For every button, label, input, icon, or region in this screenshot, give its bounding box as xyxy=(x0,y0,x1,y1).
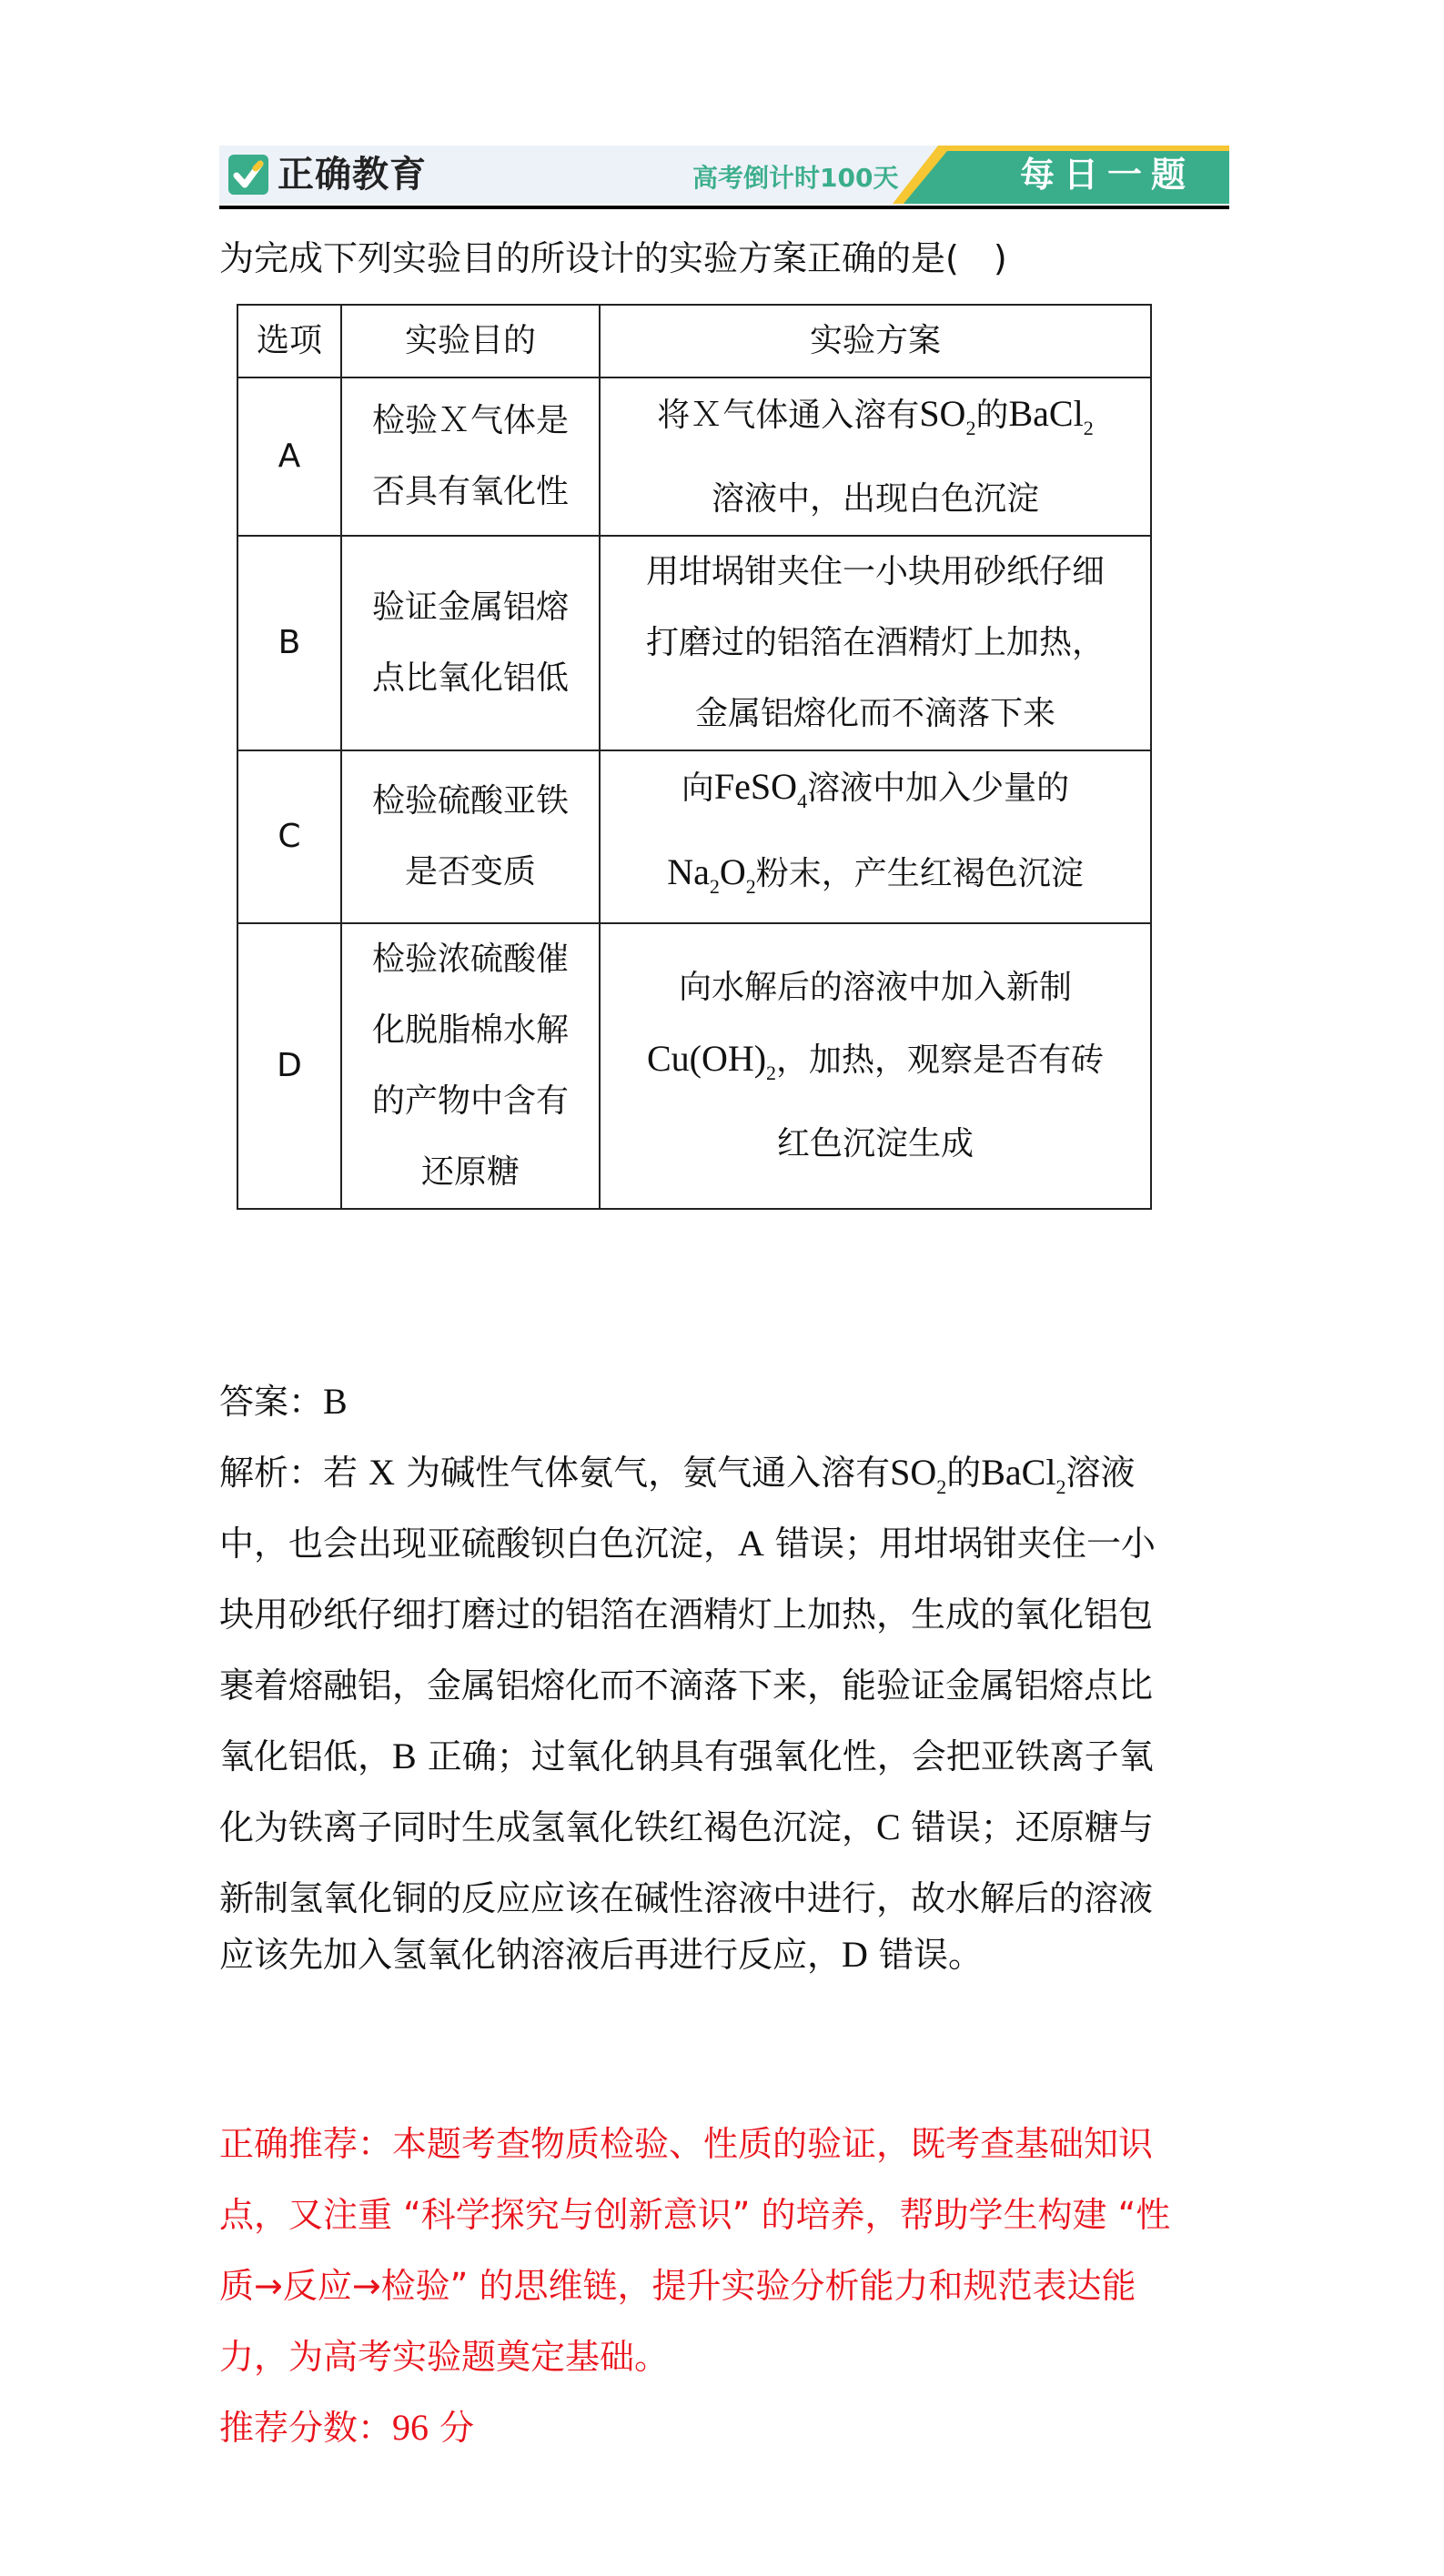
question-stem: 为完成下列实验目的所设计的实验方案正确的是( ) xyxy=(219,233,1007,284)
plan-line: 向水解后的溶液中加入新制 xyxy=(608,952,1143,1023)
recommendation-line: 点，又注重 “科学探究与创新意识” 的培养，帮助学生构建 “性 xyxy=(219,2179,1170,2250)
header-plan: 实验方案 xyxy=(600,305,1151,377)
plan-line: 用坩埚钳夹住一小块用砂纸仔细 xyxy=(608,537,1143,608)
plan-line: 红色沉淀生成 xyxy=(608,1109,1143,1180)
header-divider xyxy=(219,206,1229,209)
row-plan: 向FeSO4溶液中加入少量的 Na2O2粉末，产生红褐色沉淀 xyxy=(600,750,1151,923)
recommendation-line: 质→反应→检验” 的思维链，提升实验分析能力和规范表达能 xyxy=(219,2250,1136,2321)
row-plan: 用坩埚钳夹住一小块用砂纸仔细 打磨过的铝箔在酒精灯上加热， 金属铝熔化而不滴落下… xyxy=(600,536,1151,750)
purpose-line: 化脱脂棉水解 xyxy=(349,995,591,1066)
table-row: C 检验硫酸亚铁 是否变质 向FeSO4溶液中加入少量的 Na2O2粉末，产生红… xyxy=(237,750,1151,923)
analysis-line: 裹着熔融铝，金属铝熔化而不滴落下来，能验证金属铝熔点比 xyxy=(219,1650,1153,1721)
row-option: A xyxy=(237,377,341,536)
row-option: B xyxy=(237,536,341,750)
header-option: 选项 xyxy=(237,305,341,377)
row-purpose: 检验硫酸亚铁 是否变质 xyxy=(341,750,600,923)
recommendation-line: 正确推荐：本题考查物质检验、性质的验证，既考查基础知识 xyxy=(219,2108,1153,2179)
recommended-score: 推荐分数：96 分 xyxy=(219,2392,474,2463)
answer-label: 答案： xyxy=(219,1382,323,1422)
experiment-table: 选项 实验目的 实验方案 A 检验Ｘ气体是 否具有氧化性 将Ｘ气体通入溶有SO2… xyxy=(237,304,1152,1210)
answer-line: 答案：B xyxy=(219,1366,348,1437)
header-banner: 正确教育 高考倒计时100天 每日一题 xyxy=(219,146,1229,204)
score-value: 96 xyxy=(392,2407,429,2448)
score-label: 推荐分数： xyxy=(219,2408,392,2448)
daily-question-tag: 每日一题 xyxy=(1020,151,1195,198)
purpose-line: 是否变质 xyxy=(349,837,591,908)
row-plan: 向水解后的溶液中加入新制 Cu(OH)2，加热，观察是否有砖 红色沉淀生成 xyxy=(600,923,1151,1209)
plan-line: 溶液中，出现白色沉淀 xyxy=(608,464,1143,535)
analysis-line: 应该先加入氢氧化钠溶液后再进行反应，D 错误。 xyxy=(219,1919,983,1990)
table-header-row: 选项 实验目的 实验方案 xyxy=(237,305,1151,377)
purpose-line: 检验Ｘ气体是 xyxy=(349,386,591,457)
purpose-line: 的产物中含有 xyxy=(349,1066,591,1137)
row-option: D xyxy=(237,923,341,1209)
purpose-line: 检验硫酸亚铁 xyxy=(349,766,591,837)
plan-line: 将Ｘ气体通入溶有SO2的BaCl2 xyxy=(608,378,1143,464)
header-purpose: 实验目的 xyxy=(341,305,600,377)
purpose-line: 还原糖 xyxy=(349,1137,591,1208)
analysis-line: 块用砂纸仔细打磨过的铝箔在酒精灯上加热，生成的氧化铝包 xyxy=(219,1579,1153,1650)
score-unit: 分 xyxy=(429,2408,474,2448)
row-purpose: 检验Ｘ气体是 否具有氧化性 xyxy=(341,377,600,536)
plan-line: Na2O2粉末，产生红褐色沉淀 xyxy=(608,837,1143,922)
table-row: D 检验浓硫酸催 化脱脂棉水解 的产物中含有 还原糖 向水解后的溶液中加入新制 … xyxy=(237,923,1151,1209)
row-option: C xyxy=(237,750,341,923)
brand-name: 正确教育 xyxy=(278,151,427,198)
purpose-line: 否具有氧化性 xyxy=(349,457,591,528)
answer-value: B xyxy=(323,1381,348,1422)
analysis-line: 中，也会出现亚硫酸钡白色沉淀，A 错误；用坩埚钳夹住一小 xyxy=(219,1508,1156,1579)
analysis-line: 化为铁离子同时生成氢氧化铁红褐色沉淀，C 错误；还原糖与 xyxy=(219,1792,1154,1863)
analysis-line: 氧化铝低，B 正确；过氧化钠具有强氧化性，会把亚铁离子氧 xyxy=(219,1721,1154,1792)
plan-line: Cu(OH)2，加热，观察是否有砖 xyxy=(608,1023,1143,1109)
purpose-line: 检验浓硫酸催 xyxy=(349,924,591,995)
table-row: A 检验Ｘ气体是 否具有氧化性 将Ｘ气体通入溶有SO2的BaCl2 溶液中，出现… xyxy=(237,377,1151,536)
row-purpose: 检验浓硫酸催 化脱脂棉水解 的产物中含有 还原糖 xyxy=(341,923,600,1209)
row-purpose: 验证金属铝熔 点比氧化铝低 xyxy=(341,536,600,750)
plan-line: 向FeSO4溶液中加入少量的 xyxy=(608,751,1143,837)
exam-countdown: 高考倒计时100天 xyxy=(692,162,898,195)
table-row: B 验证金属铝熔 点比氧化铝低 用坩埚钳夹住一小块用砂纸仔细 打磨过的铝箔在酒精… xyxy=(237,536,1151,750)
purpose-line: 点比氧化铝低 xyxy=(349,643,591,714)
row-plan: 将Ｘ气体通入溶有SO2的BaCl2 溶液中，出现白色沉淀 xyxy=(600,377,1151,536)
checkmark-logo-icon xyxy=(228,155,268,195)
plan-line: 打磨过的铝箔在酒精灯上加热， xyxy=(608,608,1143,679)
plan-line: 金属铝熔化而不滴落下来 xyxy=(608,679,1143,750)
purpose-line: 验证金属铝熔 xyxy=(349,572,591,643)
recommendation-line: 力，为高考实验题奠定基础。 xyxy=(219,2321,669,2392)
